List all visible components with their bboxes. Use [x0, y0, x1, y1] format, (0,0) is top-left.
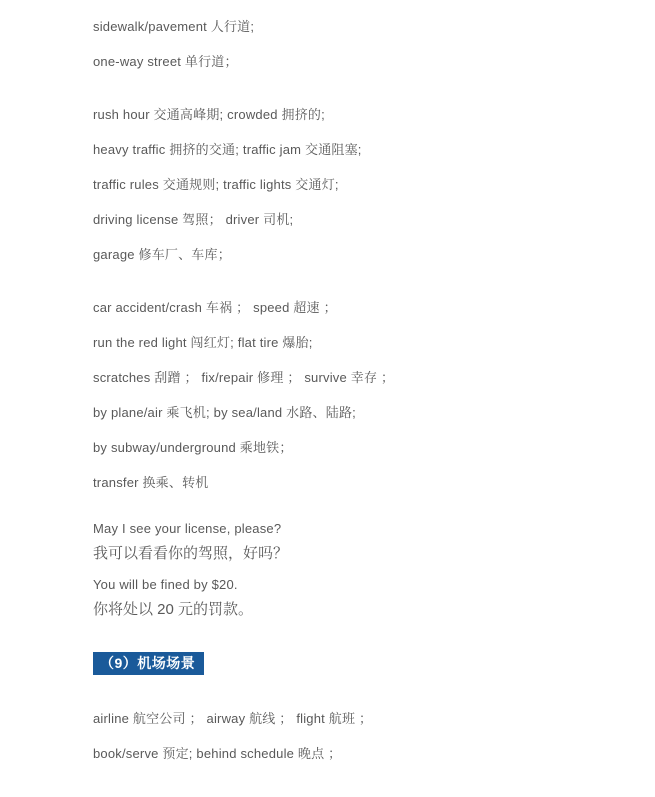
sentence-chinese: 你将处以 20 元的罚款。 — [93, 597, 605, 623]
vocab-line: by subway/underground 乘地铁； — [93, 430, 605, 465]
vocab-line: scratches 刮蹭 ； fix/repair 修理 ； survive 幸… — [93, 360, 605, 395]
vocab-line: traffic rules 交通规则; traffic lights 交通灯; — [93, 167, 605, 202]
vocab-line: car accident/crash 车祸 ； speed 超速 ； — [93, 290, 605, 325]
vocab-line: by plane/air 乘飞机; by sea/land 水路、陆路; — [93, 395, 605, 430]
vocab-line: airline 航空公司 ； airway 航线 ； flight 航班 ； — [93, 701, 605, 736]
sentence-english: May I see your license, please? — [93, 517, 605, 541]
document-page: sidewalk/pavement 人行道; one-way street 单行… — [0, 0, 655, 797]
sentence-english: You will be fined by $20. — [93, 573, 605, 597]
sentence-chinese: 我可以看看你的驾照，好吗？ — [93, 541, 605, 567]
sentence-pair: You will be fined by $20. 你将处以 20 元的罚款。 — [93, 573, 605, 623]
vocab-line: heavy traffic 拥挤的交通; traffic jam 交通阻塞; — [93, 132, 605, 167]
vocab-line: rush hour 交通高峰期; crowded 拥挤的; — [93, 97, 605, 132]
vocab-line: transfer 换乘、转机 — [93, 465, 605, 500]
vocab-group-traffic: rush hour 交通高峰期; crowded 拥挤的; heavy traf… — [93, 97, 605, 272]
vocab-line: run the red light 闯红灯; flat tire 爆胎; — [93, 325, 605, 360]
section-heading-row: （9）机场场景 — [93, 652, 605, 675]
vocab-line: book/serve 预定; behind schedule 晚点 ； — [93, 736, 605, 771]
vocab-group-airport: airline 航空公司 ； airway 航线 ； flight 航班 ； b… — [93, 701, 605, 771]
section-heading-airport: （9）机场场景 — [93, 652, 204, 675]
vocab-line: driving license 驾照； driver 司机; — [93, 202, 605, 237]
vocab-group-street: sidewalk/pavement 人行道; one-way street 单行… — [93, 9, 605, 79]
vocab-line: sidewalk/pavement 人行道; — [93, 9, 605, 44]
vocab-group-accident-travel: car accident/crash 车祸 ； speed 超速 ； run t… — [93, 290, 605, 500]
example-sentences: May I see your license, please? 我可以看看你的驾… — [93, 517, 605, 623]
sentence-pair: May I see your license, please? 我可以看看你的驾… — [93, 517, 605, 567]
vocab-line: garage 修车厂、车库； — [93, 237, 605, 272]
vocab-line: one-way street 单行道； — [93, 44, 605, 79]
